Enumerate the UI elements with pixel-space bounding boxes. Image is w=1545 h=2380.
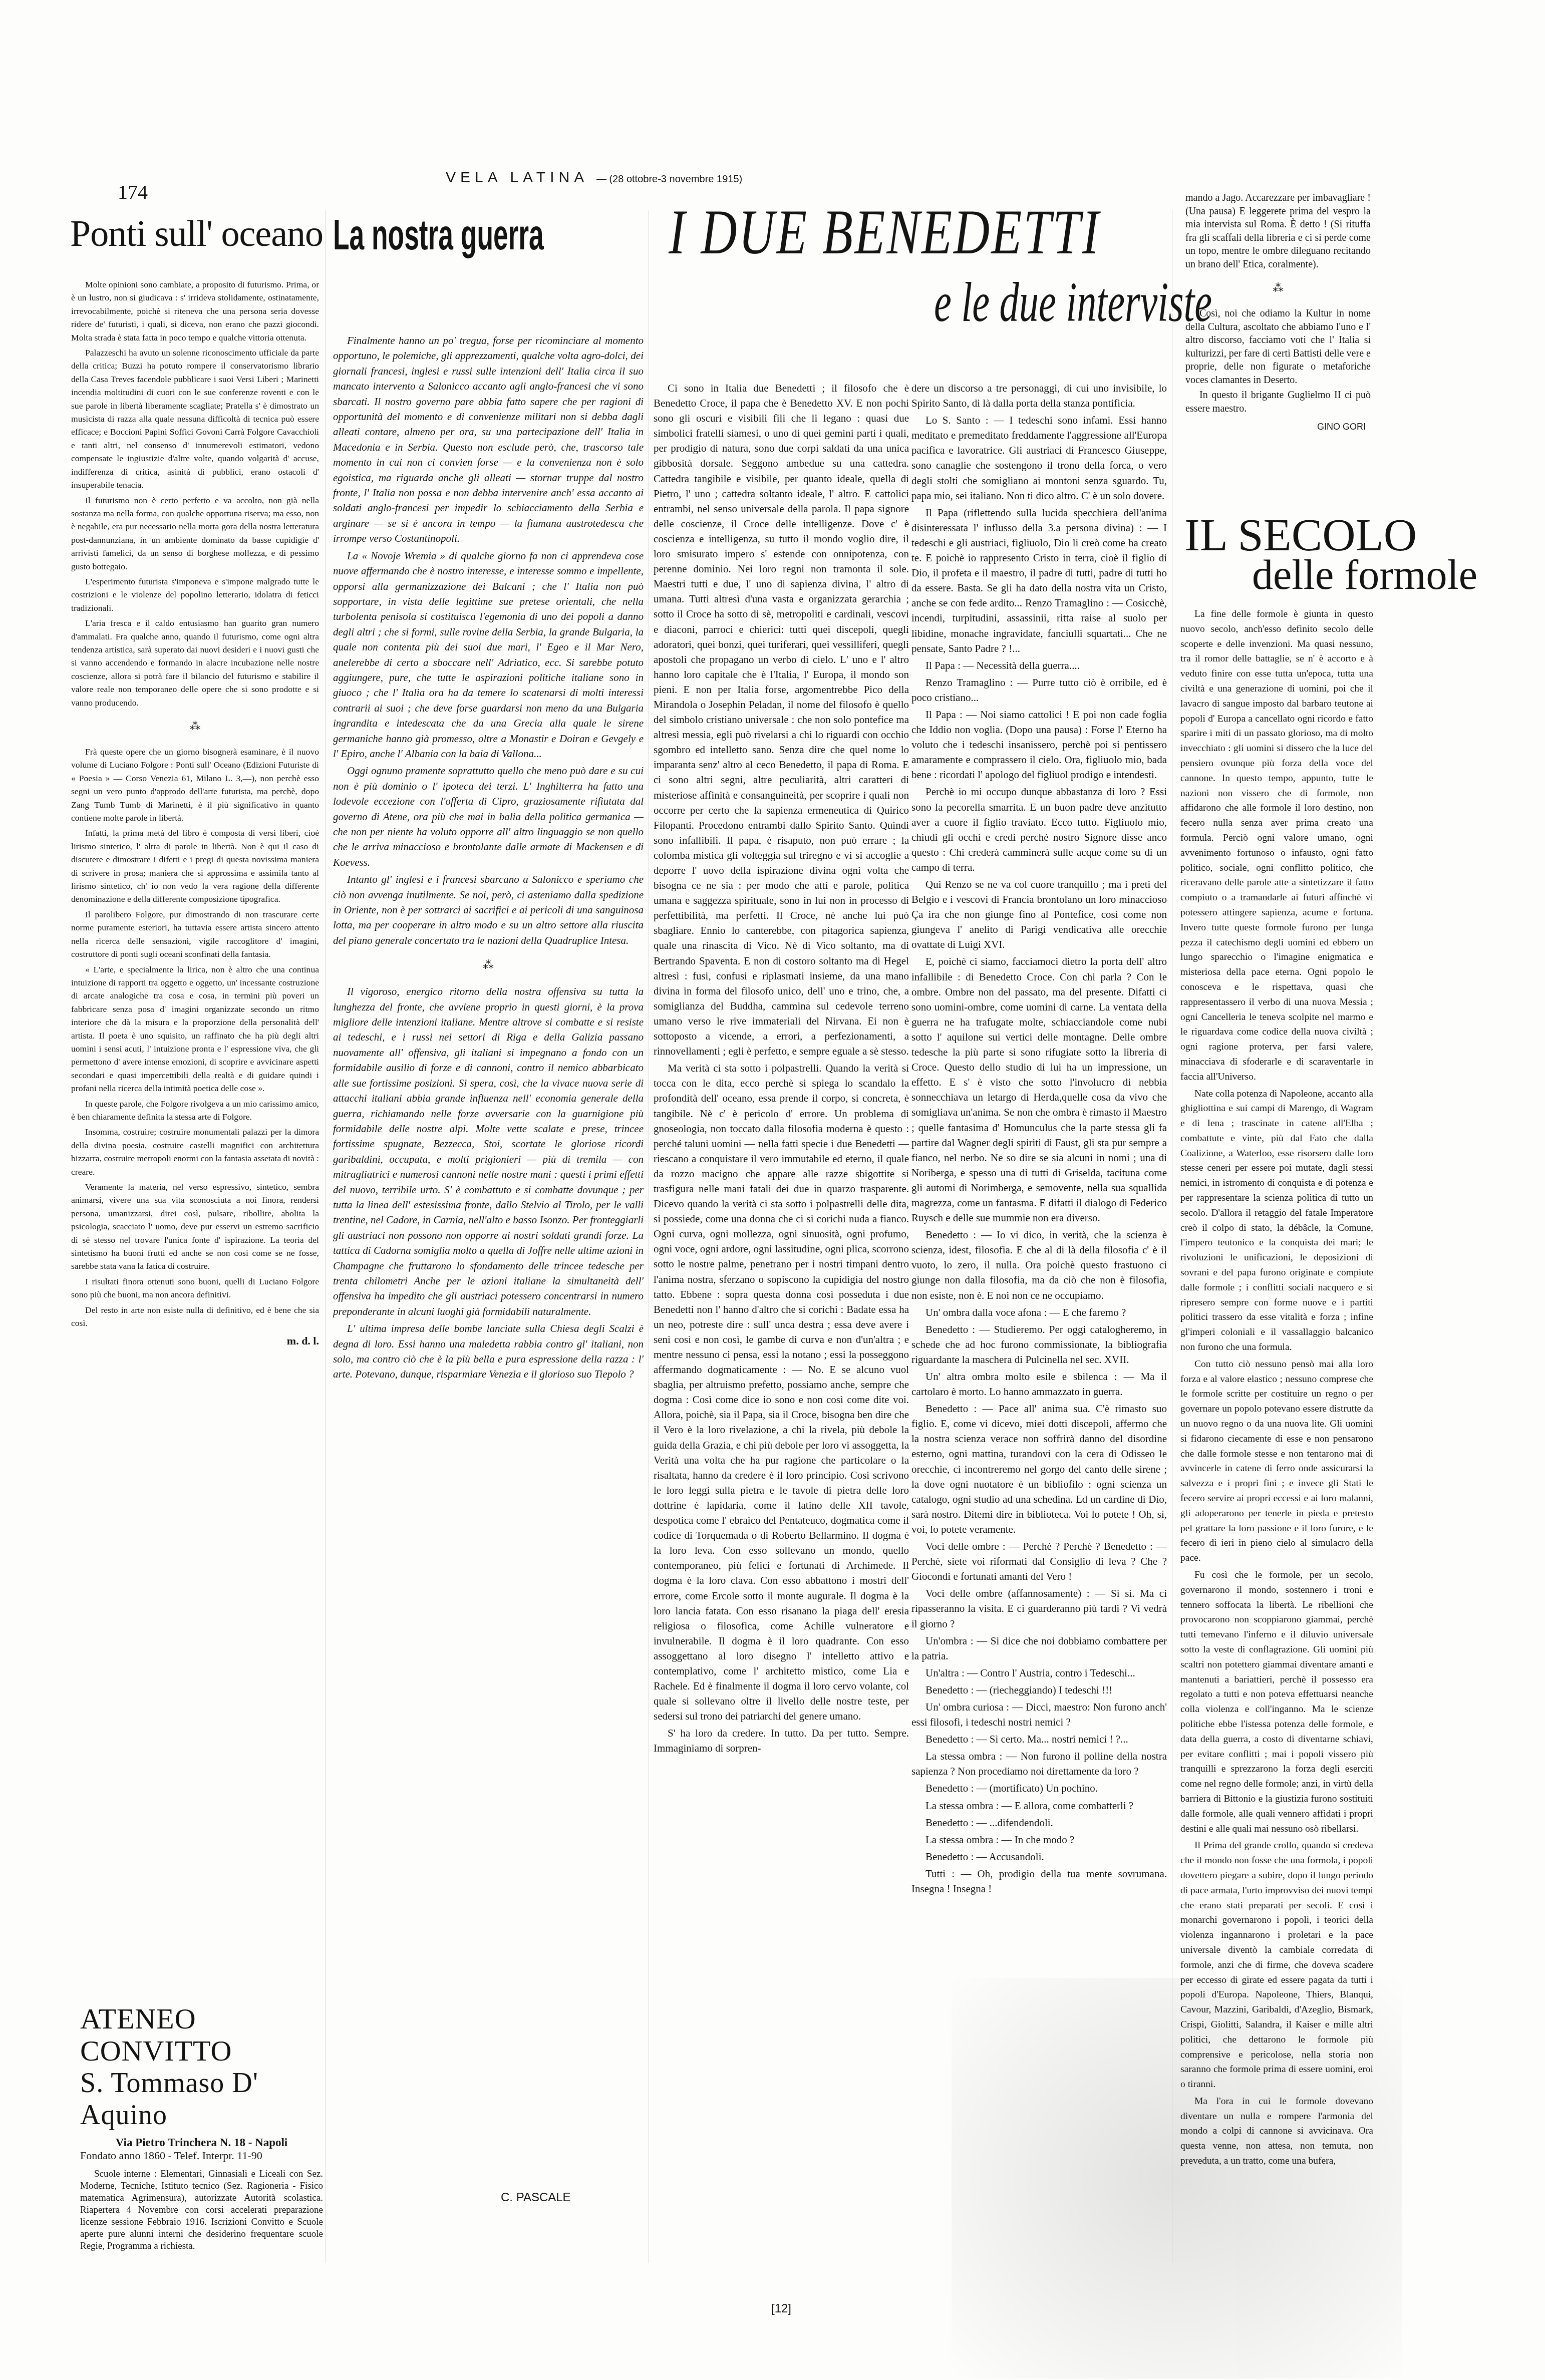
paragraph: Ma l'ora in cui le formole dovevano dive…: [1180, 2094, 1373, 2169]
dialogue-line: Benedetto : — Sì certo. Ma... nostri nem…: [911, 1732, 1167, 1747]
dialogue-line: Il Papa (riflettendo sulla lucida specch…: [911, 505, 1167, 656]
paragraph: Con tutto ciò nessuno pensò mai alla lor…: [1180, 1357, 1373, 1566]
article-gori-continued: mando a Jago. Accarezzare per imbavaglia…: [1185, 191, 1371, 434]
dialogue-line: Benedetto : — (riecheggiando) I tedeschi…: [911, 1682, 1167, 1697]
ad-title-line1: ATENEO CONVITTO: [80, 2003, 323, 2067]
dialogue-line: Benedetto : — (mortificato) Un pochino.: [911, 1781, 1167, 1796]
dialogue-line: Benedetto : — Io vi dico, in verità, che…: [911, 1227, 1167, 1302]
paragraph: Ci sono in Italia due Benedetti ; il fil…: [654, 381, 909, 1059]
dialogue-line: Un'ombra : — Si dice che noi dobbiamo co…: [911, 1633, 1167, 1663]
paragraph: Infatti, la prima metà del libro è compo…: [71, 826, 319, 905]
paragraph: Finalmente hanno un po' tregua, forse pe…: [333, 333, 644, 546]
column-rule: [649, 210, 649, 2263]
dialogue-line: Il Papa : — Noi siamo cattolici ! E poi …: [911, 707, 1167, 782]
dialogue-line: Lo S. Santo : — I tedeschi sono infami. …: [911, 413, 1167, 503]
subheadline-interviste: e le due interviste: [934, 270, 1212, 335]
paragraph: Il parolibero Folgore, pur dimostrando d…: [71, 908, 319, 961]
column-rule: [326, 210, 326, 2263]
article-secolo: La fine delle formole è giunta in questo…: [1180, 607, 1373, 2224]
paragraph: mando a Jago. Accarezzare per imbavaglia…: [1185, 191, 1371, 271]
paragraph: Palazzeschi ha avuto un solenne riconosc…: [71, 346, 319, 491]
paragraph: Così, noi che odiamo la Kultur in nome d…: [1185, 307, 1371, 387]
paragraph: I risultati finora ottenuti sono buoni, …: [71, 1275, 319, 1301]
dialogue-line: Un' ombra dalla voce afona : — E che far…: [911, 1305, 1167, 1320]
dialogue-line: Il Papa : — Necessità della guerra....: [911, 658, 1167, 673]
paragraph: Veramente la materia, nel verso espressi…: [71, 1180, 319, 1273]
dialogue-line: La stessa ombra : — In che modo ?: [911, 1832, 1167, 1847]
dialogue-line: Un'altra : — Contro l' Austria, contro i…: [911, 1665, 1167, 1680]
asterism: ⁂: [333, 961, 644, 969]
dialogue-line: Benedetto : — Accusandoli.: [911, 1849, 1167, 1864]
dialogue-line: Voci delle ombre : — Perchè ? Perchè ? B…: [911, 1539, 1167, 1584]
paragraph: Oggi ognuno pramente soprattutto quello …: [333, 763, 644, 870]
dialogue-line: Un' ombra curiosa : — Dicci, maestro: No…: [911, 1699, 1167, 1730]
signature-gori: GINO GORI: [1185, 420, 1371, 434]
paragraph: La fine delle formole è giunta in questo…: [1180, 607, 1373, 1085]
masthead-date: — (28 ottobre-3 novembre 1915): [596, 174, 742, 185]
dialogue-line: Benedetto : — ...difendendoli.: [911, 1815, 1167, 1830]
signature: m. d. l.: [71, 1334, 319, 1347]
paragraph: L' ultima impresa delle bombe lanciate s…: [333, 1321, 644, 1382]
dialogue-line: La stessa ombra : — Non furono il pollin…: [911, 1749, 1167, 1779]
article-benedetti-col2: dere un discorso a tre personaggi, di cu…: [911, 381, 1167, 2223]
signature-pascale: C. PASCALE: [501, 2191, 571, 2205]
paragraph: Frà queste opere che un giorno bisognerà…: [71, 745, 319, 824]
paragraph: Fu così che le formole, per un secolo, g…: [1180, 1568, 1373, 1836]
ad-title-line2: S. Tommaso D' Aquino: [80, 2067, 323, 2131]
paragraph: dere un discorso a tre personaggi, di cu…: [911, 381, 1167, 411]
dialogue-line: Benedetto : — Studieremo. Per oggi catal…: [911, 1322, 1167, 1367]
paragraph: S' ha loro da credere. In tutto. Da per …: [654, 1726, 909, 1756]
paragraph: La « Novoje Wremia » di qualche giorno f…: [333, 548, 644, 762]
ad-founded: Fondato anno 1860 - Telef. Interpr. 11-9…: [80, 2149, 323, 2162]
paragraph: In queste parole, che Folgore rivolgeva …: [71, 1097, 319, 1124]
column-rule: [1172, 210, 1172, 2263]
asterism: ⁂: [71, 722, 319, 730]
advertisement-ateneo: ATENEO CONVITTO S. Tommaso D' Aquino Via…: [80, 2003, 323, 2254]
asterism: ⁂: [1185, 284, 1371, 292]
dialogue-line: Renzo Tramaglino : — Purre tutto ciò è o…: [911, 675, 1167, 705]
dialogue-line: Benedetto : — Pace all' anima sua. C'è r…: [911, 1401, 1167, 1537]
ad-body: Scuole interne : Elementari, Ginnasiali …: [80, 2168, 323, 2252]
paragraph: Intanto gl' inglesi e i francesi sbarcan…: [333, 872, 644, 948]
ad-address: Via Pietro Trinchera N. 18 - Napoli: [80, 2136, 323, 2149]
paragraph: In questo il brigante Guglielmo II ci pu…: [1185, 389, 1371, 415]
paragraph: Nate colla potenza di Napoleone, accanto…: [1180, 1087, 1373, 1355]
headline-guerra: La nostra guerra: [333, 210, 544, 260]
folio-number: [12]: [771, 2302, 791, 2316]
paragraph: Molte opinioni sono cambiate, a proposit…: [71, 278, 319, 344]
headline-ponti: Ponti sull' oceano: [70, 213, 323, 255]
paragraph: Il futurismo non è certo perfetto e va a…: [71, 494, 319, 573]
paragraph: Il vigoroso, energico ritorno della nost…: [333, 984, 644, 1319]
paragraph: L'esperimento futurista s'imponeva e s'i…: [71, 575, 319, 614]
dialogue-line: Un' altra ombra molto esile e sbilenca :…: [911, 1369, 1167, 1399]
paragraph: Qui Renzo se ne va col cuore tranquillo …: [911, 877, 1167, 952]
paragraph: Perchè io mi occupo dunque abbastanza di…: [911, 784, 1167, 875]
dialogue-line: La stessa ombra : — E allora, come comba…: [911, 1798, 1167, 1813]
paragraph: Il Prima del grande crollo, quando si cr…: [1180, 1838, 1373, 2092]
page-number: 174: [118, 180, 148, 204]
paragraph: E, poichè ci siamo, facciamoci dietro la…: [911, 954, 1167, 1225]
paragraph: Ma verità ci sta sotto i polpastrelli. Q…: [654, 1061, 909, 1724]
headline-benedetti: I DUE BENEDETTI: [669, 195, 1100, 269]
paragraph: L'aria fresca e il caldo entusiasmo han …: [71, 616, 319, 709]
dialogue-line: Voci delle ombre (affannosamente) : — Sì…: [911, 1586, 1167, 1631]
article-ponti: Molte opinioni sono cambiate, a proposit…: [71, 278, 319, 1990]
article-benedetti-col1: Ci sono in Italia due Benedetti ; il fil…: [654, 381, 909, 2223]
ad-body-wrap: Scuole interne : Elementari, Ginnasiali …: [80, 2168, 323, 2252]
paragraph: Insomma, costruire; costruire monumental…: [71, 1125, 319, 1178]
paragraph: Del resto in arte non esiste nulla di de…: [71, 1303, 319, 1330]
paragraph: « L'arte, e specialmente la lirica, non …: [71, 963, 319, 1095]
masthead: VELA LATINA — (28 ottobre-3 novembre 191…: [446, 169, 742, 186]
article-guerra: Finalmente hanno un po' tregua, forse pe…: [333, 333, 644, 2218]
masthead-title: VELA LATINA: [446, 169, 588, 186]
dialogue-line: Tutti : — Oh, prodigio della tua mente s…: [911, 1866, 1167, 1896]
subheadline-formole: delle formole: [1252, 551, 1477, 599]
